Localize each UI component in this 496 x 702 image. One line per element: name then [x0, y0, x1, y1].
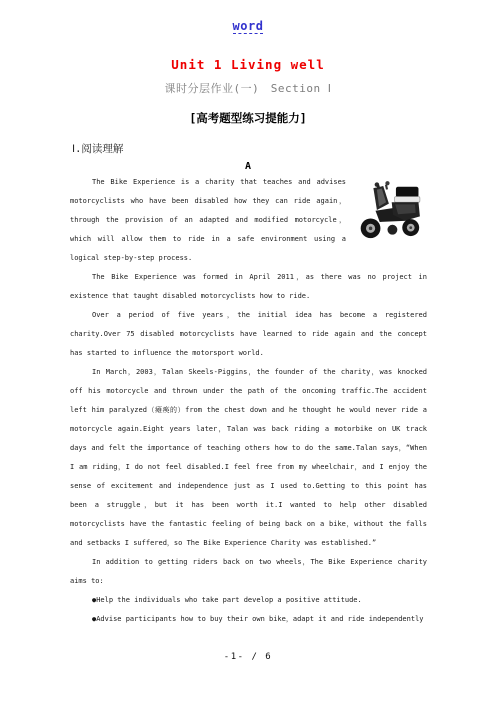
reading-comprehension-label: Ⅰ.阅读理解	[72, 141, 496, 156]
word-link[interactable]: word	[233, 19, 264, 34]
passage-paragraph: In March，2003，Talan Skeels-Piggins，the f…	[70, 363, 427, 553]
reading-passage: The Bike Experience is a charity that te…	[70, 173, 427, 629]
passage-figure	[355, 179, 427, 241]
charity-aim-bullet: ●Help the individuals who take part deve…	[70, 591, 427, 610]
page-number-indicator: -1- / 6	[0, 652, 496, 662]
lesson-subtitle: 课时分层作业(一) Section Ⅰ	[0, 80, 496, 96]
passage-a-label: A	[0, 161, 496, 172]
charity-aim-bullet: ●Advise participants how to buy their ow…	[70, 610, 427, 629]
passage-paragraph: The Bike Experience was formed in April …	[70, 268, 427, 306]
mobility-scooter-image	[355, 179, 427, 241]
passage-paragraph: Over a period of five years，the initial …	[70, 306, 427, 363]
top-link-row: word	[0, 0, 496, 34]
unit-title: Unit 1 Living well	[0, 57, 496, 72]
exam-practice-heading: [高考题型练习提能力]	[0, 110, 496, 126]
passage-paragraph: In addition to getting riders back on tw…	[70, 553, 427, 591]
document-page: word Unit 1 Living well 课时分层作业(一) Sectio…	[0, 0, 496, 702]
